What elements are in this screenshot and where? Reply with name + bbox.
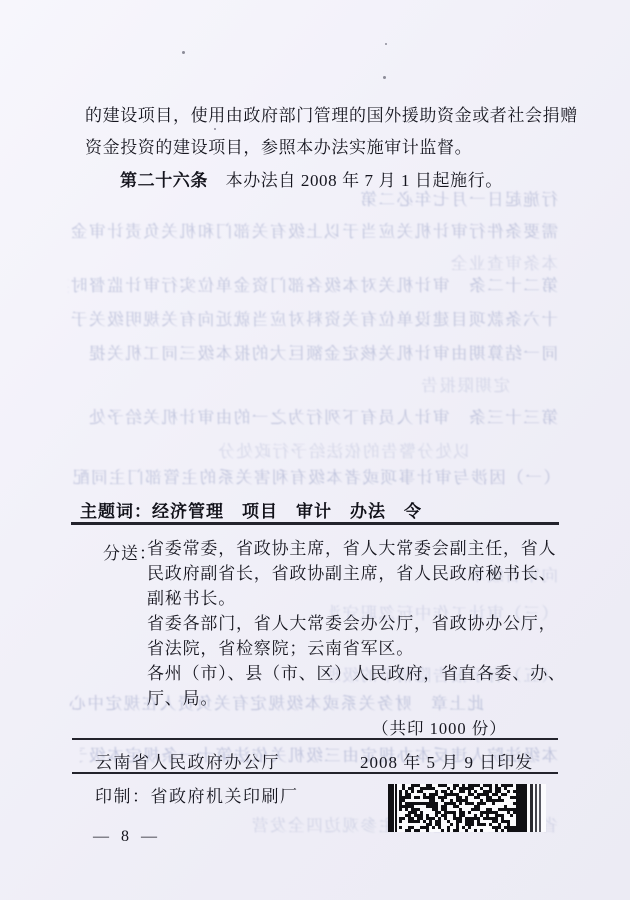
paper-speck bbox=[182, 51, 185, 54]
distribution-line: 厅、局。 bbox=[147, 686, 567, 711]
paper-speck bbox=[214, 128, 216, 130]
scanned-document-page: 行施起日一月七年必二第 需要条件行审计机关应当于以上级有关部门和机关负责计审金资… bbox=[0, 0, 630, 900]
distribution-line: 民政府副省长，省政协副主席，省人民政府秘书长、 bbox=[147, 561, 567, 586]
footer-print-date: 2008 年 5 月 9 日印发 bbox=[360, 748, 533, 773]
distribution-lines: 省委常委，省政协主席，省人大常委会副主任，省人 民政府副省长，省政协副主席，省人… bbox=[147, 536, 567, 711]
distribution-line: 省委常委，省政协主席，省人大常委会副主任，省人 bbox=[147, 536, 567, 561]
bleedthrough-line: 十六条款项目建设单位有关资料对应当就近向有关规明级关于 bbox=[66, 306, 558, 330]
article-26-text: 本办法自 2008 年 7 月 1 日起施行。 bbox=[226, 171, 503, 190]
bleedthrough-line: 需要条件行审计机关应当于以上级有关部门和机关负责计审金资 bbox=[72, 218, 558, 242]
distribution-line: 副秘书长。 bbox=[147, 586, 567, 611]
bleedthrough-line: （一）因涉与审计事项或者本级有利害关系的主管部门主同配 bbox=[66, 464, 560, 488]
body-text-line-1: 的建设项目，使用由政府部门管理的国外援助资金或者社会捐赠 bbox=[85, 101, 578, 126]
body-text-line-2: 资金投资的建设项目，参照本办法实施审计监督。 bbox=[85, 133, 472, 158]
bleedthrough-line: 同一结算期由审计机关核定金额巨大的报本级三同工机关提 bbox=[66, 340, 558, 364]
rule-above-footer bbox=[72, 738, 558, 740]
bleedthrough-line: 定期限报告 bbox=[90, 372, 510, 396]
rule-below-subject bbox=[71, 522, 559, 525]
subject-terms: 经济管理 项目 审计 办法 令 bbox=[152, 502, 422, 521]
article-26-line: 第二十六条 本办法自 2008 年 7 月 1 日起施行。 bbox=[120, 166, 503, 191]
subject-label: 主题词： bbox=[80, 502, 152, 521]
rule-below-footer bbox=[72, 772, 558, 774]
subject-terms-row: 主题词：经济管理 项目 审计 办法 令 bbox=[80, 497, 422, 522]
bleedthrough-line: 第三十三条 审计人员有下列行为之一的由审计机关给予处 bbox=[70, 404, 558, 428]
paper-speck bbox=[383, 76, 386, 79]
printer-label: 印制： bbox=[95, 787, 151, 806]
page-number: — 8 — bbox=[93, 828, 161, 846]
print-control-barcode bbox=[388, 784, 546, 832]
distribution-line: 省法院，省检察院；云南省军区。 bbox=[147, 636, 567, 661]
distribution-line: 省委各部门，省人大常委会办公厅，省政协办公厅， bbox=[147, 611, 567, 636]
distribution-line: 各州（市）、县（市、区）人民政府，省直各委、办、 bbox=[147, 661, 567, 686]
bleedthrough-line: 本条审查业全 bbox=[360, 250, 558, 274]
footer-issuer: 云南省人民政府办公厅 bbox=[95, 748, 280, 773]
article-26-number: 第二十六条 bbox=[120, 171, 208, 190]
barcode-image bbox=[388, 784, 546, 832]
bleedthrough-line: 第二十二条 审计机关对本级各部门资金单位实行审计监督时期 bbox=[68, 272, 558, 296]
print-count: （共印 1000 份） bbox=[372, 715, 507, 739]
article-26-spacer bbox=[208, 171, 226, 190]
printer-line: 印制：省政府机关印刷厂 bbox=[95, 782, 299, 807]
printer-name: 省政府机关印刷厂 bbox=[151, 787, 299, 806]
bleedthrough-line: 以处分警告的依法给予行政处分 bbox=[140, 438, 470, 462]
paper-speck bbox=[385, 43, 387, 45]
